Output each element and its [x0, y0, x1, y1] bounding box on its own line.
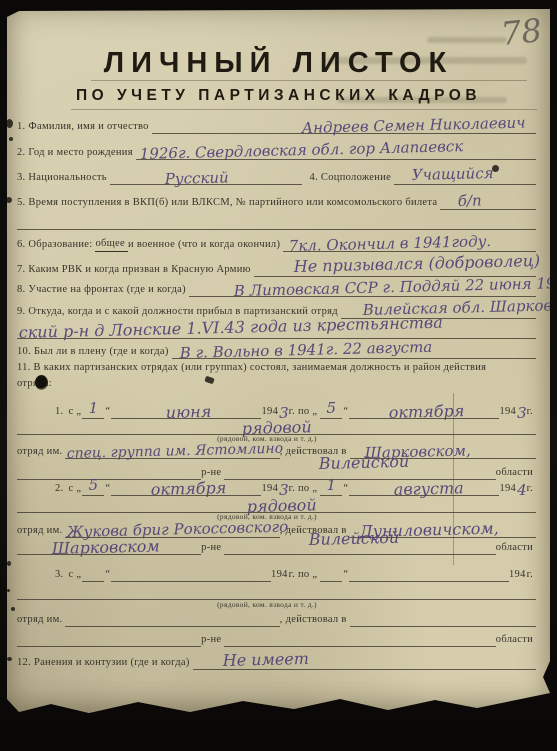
handwritten-value: Андреев Семен Николаевич [301, 114, 525, 137]
printed-text: г. [527, 568, 536, 582]
field-label: 11. В каких партизанских отрядах (или гр… [17, 361, 489, 375]
scanned-document: 78 ЛИЧНЫЙ ЛИСТОК ПО УЧЕТУ ПАРТИЗАНСКИХ К… [0, 0, 557, 751]
day-slot: 1 [320, 475, 342, 496]
underline [65, 608, 279, 627]
underline: Не призывался (доброволец) [254, 258, 536, 277]
field-label: отряд им. [17, 613, 65, 627]
handwritten-value: В Литовская ССР г. Поддяй 22 июня 1941г. [233, 273, 557, 300]
printed-text: с „ [67, 568, 82, 582]
field-label: и военное (что и когда окончил) [128, 238, 283, 252]
form-title: ЛИЧНЫЙ ЛИСТОК [7, 47, 550, 80]
field-label: 12. Ранения и контузии (где и когда) [17, 656, 193, 670]
handwritten-value: Не призывался (доброволец) [293, 251, 540, 276]
handwritten-value: 7кл. Окончил в 1941году. [289, 232, 492, 255]
underline: Русский [110, 166, 302, 185]
field-label: 6. Образование: [17, 238, 95, 252]
handwritten-district: Шарковском [52, 536, 160, 558]
field-label: 3. Национальность [17, 171, 110, 185]
field-surname: 1. Фамилия, имя и отчество Андреев Семен… [17, 116, 536, 134]
underline: рядовой [17, 416, 536, 435]
field-label: 4. Соцположение [302, 171, 395, 185]
field-label: отряд им. [17, 445, 65, 459]
day-slot [320, 561, 342, 582]
underline: В Литовская ССР г. Поддяй 22 июня 1941г. [189, 278, 536, 297]
field-label: 8. Участие на фронтах (где и когда) [17, 283, 189, 297]
bleed-through-mark [427, 37, 507, 43]
field-fronts: 8. Участие на фронтах (где и когда) В Ли… [17, 279, 536, 297]
ink-mark [6, 197, 12, 203]
service-entry-3-dates: 3. с „ “ 194 г. по „ “ 194 г. [55, 562, 536, 582]
underline: ский р-н д Лонские 1.VI.43 года из крест… [17, 320, 536, 339]
field-rvk-draft: 7. Каким РВК и когда призван в Красную А… [17, 259, 536, 277]
underline [350, 608, 536, 627]
field-party-membership: 5. Время поступления в ВКП(б) или ВЛКСМ,… [17, 192, 536, 210]
service-entry-3-region: р-не области [17, 629, 536, 647]
underline: Шарковском [17, 536, 201, 555]
service-entry-2-region: Шарковском р-не Вилейской области [17, 537, 536, 555]
field-label: р-не [201, 633, 224, 647]
underline: Учащийся [394, 166, 536, 185]
handwritten-unit: спец. группа им. Ястомлино [67, 441, 284, 462]
ink-mark [492, 165, 499, 172]
underline: б/п [440, 191, 536, 210]
field-label: , действовал в [280, 613, 350, 627]
handwritten-day-from: 1 [89, 399, 99, 417]
underline: 7кл. Окончил в 1941году. [283, 233, 536, 252]
day-slot: 5 [82, 475, 104, 496]
handwritten-value: 1926г. Свердловская обл. гор Алапаевск [139, 137, 463, 163]
day-slot [82, 561, 104, 582]
handwritten-region: Вилейской [309, 528, 400, 549]
field-label: 10. Был ли в плену (где и когда) [17, 345, 172, 359]
service-entry-2-dates: 2. с „ 5 “ октября 1943 г. по „ 1 “ авгу… [55, 476, 536, 496]
printed-text: г. по „ [289, 568, 321, 582]
field-label: 7. Каким РВК и когда призван в Красную А… [17, 263, 254, 277]
ink-mark [7, 589, 10, 592]
field-nationality-social: 3. Национальность Русский 4. Соцположени… [17, 167, 536, 185]
handwritten-value: Учащийся [412, 164, 494, 184]
underline: Вилейской [224, 536, 495, 555]
field-wounds: 12. Ранения и контузии (где и когда) Не … [17, 652, 536, 670]
underline: Андреев Семен Николаевич [152, 115, 536, 134]
handwritten-value: б/п [458, 191, 482, 210]
underline: Не имеет [193, 651, 536, 670]
handwritten-day-to: 1 [327, 476, 337, 494]
divider [91, 80, 527, 81]
handwritten-value: В г. Вольно в 1941г. 22 августа [179, 338, 432, 362]
handwritten-value: Русский [164, 168, 228, 188]
field-arrival-cont: ский р-н д Лонские 1.VI.43 года из крест… [17, 321, 536, 339]
handwritten-region: Вилейской [319, 452, 410, 473]
form-page: 78 ЛИЧНЫЙ ЛИСТОК ПО УЧЕТУ ПАРТИЗАНСКИХ К… [7, 9, 550, 714]
service-entry-3-unit: отряд им. , действовал в [17, 609, 536, 627]
punch-hole [35, 375, 48, 390]
field-birth: 2. Год и место рождения 1926г. Свердловс… [17, 142, 536, 160]
printed-text: “ [342, 568, 349, 582]
field-label-underlined: общее [95, 237, 128, 252]
underline: В г. Вольно в 1941г. 22 августа [172, 340, 536, 359]
printed-text: “ [104, 568, 111, 582]
underline: октября [111, 475, 261, 496]
service-entry-1-unit: отряд им. спец. группа им. Ястомлино , д… [17, 441, 536, 459]
underline: августа [349, 475, 499, 496]
service-entry-1-rank: рядовой [17, 417, 536, 435]
handwritten-day-from: 5 [89, 476, 99, 494]
field-education: 6. Образование: общее и военное (что и к… [17, 234, 536, 252]
blank-line [17, 212, 536, 230]
field-label: области [496, 633, 536, 647]
form-subtitle: ПО УЧЕТУ ПАРТИЗАНСКИХ КАДРОВ [7, 87, 550, 105]
underline [111, 561, 271, 582]
paper-crease [453, 393, 454, 565]
field-units-heading2: отряда: [17, 377, 536, 391]
ink-mark [9, 137, 13, 141]
field-label: р-не [201, 541, 224, 555]
ink-mark [11, 607, 15, 611]
underline [349, 561, 509, 582]
field-label: 2. Год и место рождения [17, 146, 136, 160]
underline [17, 211, 536, 230]
underline: рядовой [17, 494, 536, 513]
underline: 1926г. Свердловская обл. гор Алапаевск [136, 141, 536, 160]
ink-mark [6, 119, 13, 128]
ink-mark [7, 561, 11, 566]
ink-mark [7, 657, 12, 661]
service-entry-2-rank: рядовой [17, 495, 536, 513]
service-entry-3-rank [17, 582, 536, 600]
field-units-heading: 11. В каких партизанских отрядах (или гр… [17, 361, 536, 375]
handwritten-day-to: 5 [327, 399, 337, 417]
divider [71, 109, 537, 110]
underline [17, 628, 201, 647]
underline: спец. группа им. Ястомлино [65, 440, 279, 459]
field-label: области [496, 541, 536, 555]
field-label: 5. Время поступления в ВКП(б) или ВЛКСМ,… [17, 196, 440, 210]
underline [224, 628, 495, 647]
field-captivity: 10. Был ли в плену (где и когда) В г. Во… [17, 341, 536, 359]
underline [17, 581, 536, 600]
entry-number: 3. [55, 568, 67, 582]
handwritten-value: Не имеет [222, 649, 309, 670]
field-label: 1. Фамилия, имя и отчество [17, 120, 152, 134]
